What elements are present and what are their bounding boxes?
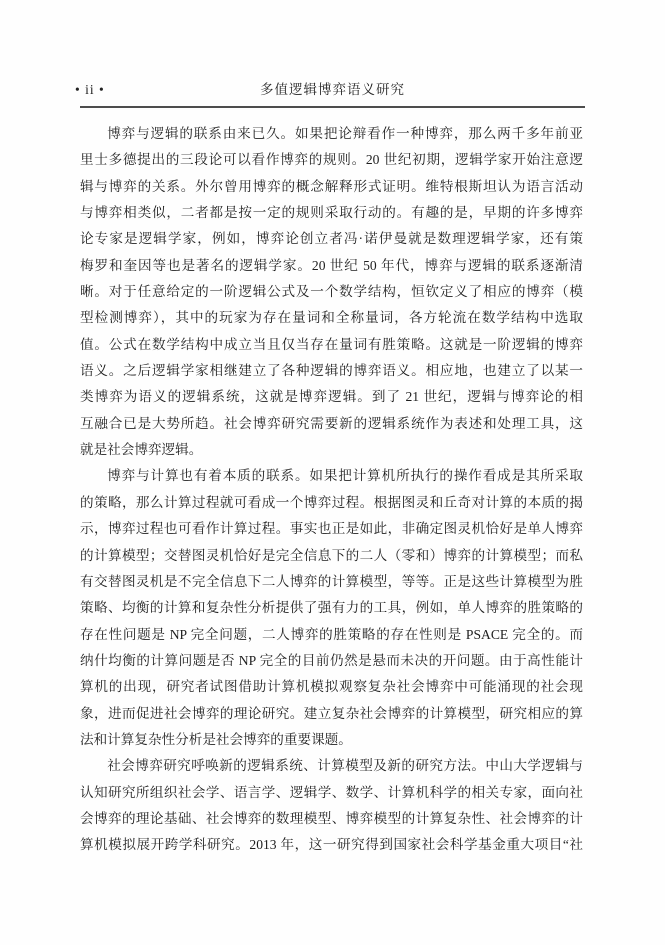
text-line: 纳什均衡的计算问题是否 NP 完全的目前仍然是悬而未决的开问题。由于高性能计 [80,648,583,674]
text-line: 值。公式在数学结构中成立当且仅当存在量词有胜策略。这就是一阶逻辑的博弈 [80,332,583,358]
text-line: 型检测博弈），其中的玩家为存在量词和全称量词，各方轮流在数学结构中选取 [80,305,583,331]
text-line: 博弈与计算也有着本质的联系。如果把计算机所执行的操作看成是其所采取 [80,463,583,489]
text-line: 类博弈为语义的逻辑系统，这就是博弈逻辑。到了 21 世纪，逻辑与博弈论的相 [80,384,583,410]
text-line: 博弈与逻辑的联系由来已久。如果把论辩看作一种博弈，那么两千多年前亚 [80,121,583,147]
text-line: 论专家是逻辑学家，例如，博弈论创立者冯·诺伊曼就是数理逻辑学家，还有策 [80,226,583,252]
page-body: 博弈与逻辑的联系由来已久。如果把论辩看作一种博弈，那么两千多年前亚里士多德提出的… [80,121,583,859]
document-page: • ii • 多值逻辑博弈语义研究 博弈与逻辑的联系由来已久。如果把论辩看作一种… [0,0,665,945]
text-line: 存在性问题是 NP 完全问题，二人博弈的胜策略的存在性则是 PSACE 完全的。… [80,622,583,648]
text-line: 示，博弈过程也可看作计算过程。事实也正是如此，非确定图灵机恰好是单人博弈 [80,516,583,542]
text-line: 象，进而促进社会博弈的理论研究。建立复杂社会博弈的计算模型，研究相应的算 [80,701,583,727]
text-line: 里士多德提出的三段论可以看作博弈的规则。20 世纪初期，逻辑学家开始注意逻 [80,147,583,173]
text-line: 认知研究所组织社会学、语言学、逻辑学、数学、计算机科学的相关专家，面向社 [80,780,583,806]
text-line: 法和计算复杂性分析是社会博弈的重要课题。 [80,727,583,753]
page-number: • ii • [75,81,105,99]
text-line: 会博弈的理论基础、社会博弈的数理模型、博弈模型的计算复杂性、社会博弈的计 [80,806,583,832]
text-line: 互融合已是大势所趋。社会博弈研究需要新的逻辑系统作为表述和处理工具，这 [80,411,583,437]
text-line: 策略、均衡的计算和复杂性分析提供了强有力的工具，例如，单人博弈的胜策略的 [80,595,583,621]
text-line: 的策略，那么计算过程就可看成一个博弈过程。根据图灵和丘奇对计算的本质的揭 [80,490,583,516]
running-title: 多值逻辑博弈语义研究 [75,81,590,99]
text-line: 梅罗和奎因等也是著名的逻辑学家。20 世纪 50 年代，博弈与逻辑的联系逐渐清 [80,253,583,279]
text-line: 语义。之后逻辑学家相继建立了各种逻辑的博弈语义。相应地，也建立了以某一 [80,358,583,384]
header-rule [80,106,585,108]
page-header: • ii • 多值逻辑博弈语义研究 [75,81,590,101]
text-line: 算机的出现，研究者试图借助计算机模拟观察复杂社会博弈中可能涌现的社会现 [80,674,583,700]
text-line: 辑与博弈的关系。外尔曾用博弈的概念解释形式证明。维特根斯坦认为语言活动 [80,174,583,200]
text-line: 社会博弈研究呼唤新的逻辑系统、计算模型及新的研究方法。中山大学逻辑与 [80,753,583,779]
text-line: 晰。对于任意给定的一阶逻辑公式及一个数学结构，恒钦定义了相应的博弈（模 [80,279,583,305]
text-line: 就是社会博弈逻辑。 [80,437,583,463]
text-line: 算机模拟展开跨学科研究。2013 年，这一研究得到国家社会科学基金重大项目“社 [80,832,583,858]
text-line: 有交替图灵机是不完全信息下二人博弈的计算模型，等等。正是这些计算模型为胜 [80,569,583,595]
text-line: 的计算模型；交替图灵机恰好是完全信息下的二人（零和）博弈的计算模型；而私 [80,543,583,569]
text-line: 与博弈相类似，二者都是按一定的规则采取行动的。有趣的是，早期的许多博弈 [80,200,583,226]
